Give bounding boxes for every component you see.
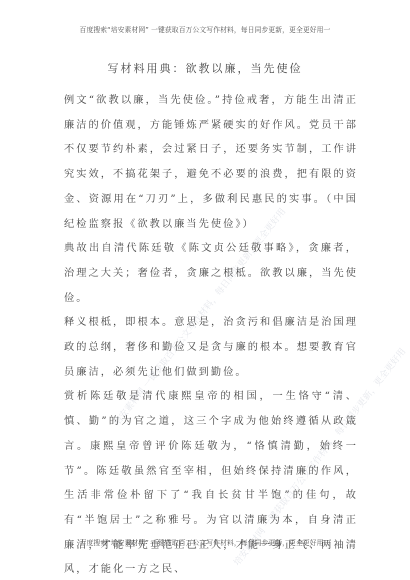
document-body: 例文“欲教以廉，当先使俭。”持俭戒奢，方能生出清正廉洁的价值观，方能锤炼严紧硬实… [64, 89, 358, 580]
paragraph-explanation: 释义根柢，即根本。意思是，治贪污和倡廉洁是治国理政的总纲，奢侈和勤俭又是贪与廉的… [64, 311, 358, 385]
document-title: 写材料用典：欲教以廉，当先使俭 [0, 60, 410, 76]
page-header: 百度搜索“培安素材网” 一键获取百万公文写作材料，每日同步更新，更全更好用一 [0, 24, 410, 34]
page-footer: 百度搜索“培安素材网” 一键获取百万公文写作材料，每日同步更新，更全更好用一 [0, 537, 410, 547]
paragraph-example: 例文“欲教以廉，当先使俭。”持俭戒奢，方能生出清正廉洁的价值观，方能锤炼严紧硬实… [64, 89, 358, 237]
paragraph-appreciation: 赏析陈廷敬是清代康熙皇帝的相国，一生恪守“清、慎、勤”的为官之道，这三个字成为他… [64, 385, 358, 580]
paragraph-source: 典故出自清代陈廷敬《陈文贞公廷敬事略》，贪廉者，治理之大关；奢俭者，贪廉之根柢。… [64, 237, 358, 311]
